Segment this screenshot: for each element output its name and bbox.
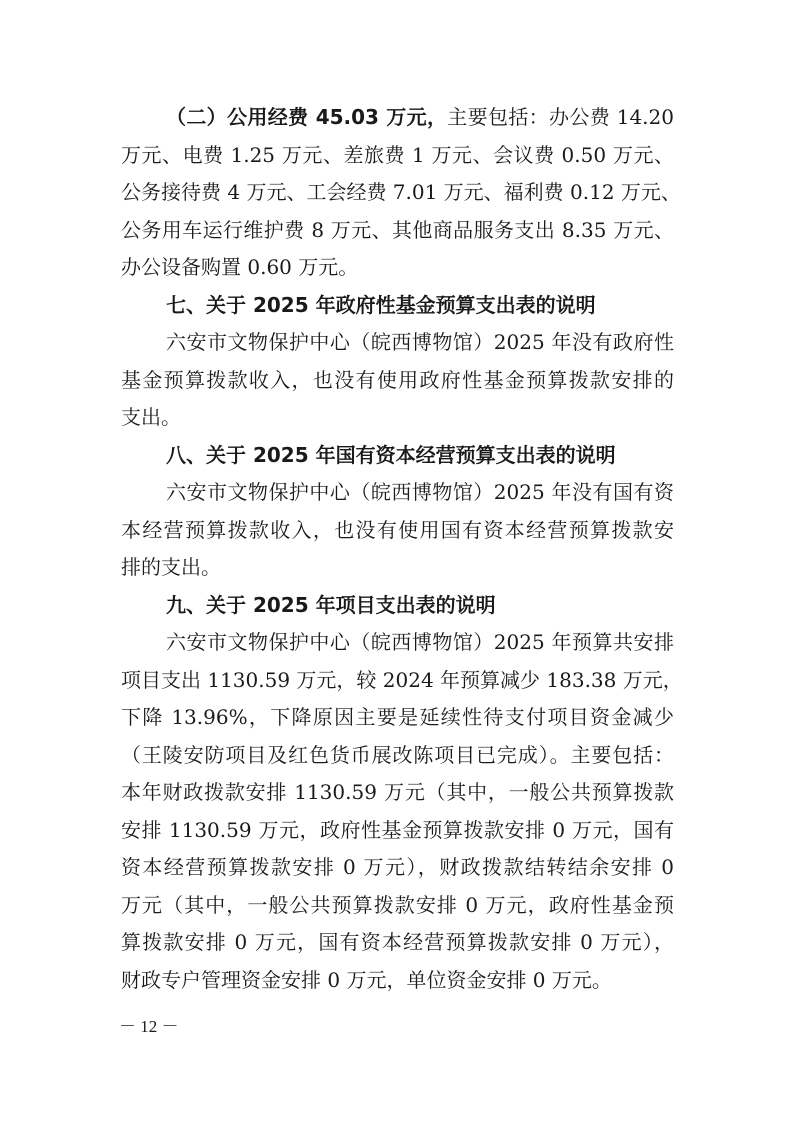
page-number: － 12 －: [119, 1015, 179, 1039]
section-8-heading: 八、关于 2025 年国有资本经营预算支出表的说明: [166, 440, 674, 470]
section-8-line-1: 六安市文物保护中心（皖西博物馆）2025 年没有国有资: [166, 477, 674, 507]
section-9-line-8: 万元（其中，一般公共预算拨款安排 0 万元，政府性基金预: [121, 890, 674, 920]
section-9-line-5: 本年财政拨款安排 1130.59 万元（其中，一般公共预算拨款: [121, 777, 674, 807]
section-9-line-1: 六安市文物保护中心（皖西博物馆）2025 年预算共安排: [166, 627, 674, 657]
public-funds-line-5: 办公设备购置 0.60 万元。: [121, 252, 674, 282]
section-9-line-3: 下降 13.96%，下降原因主要是延续性待支付项目资金减少: [121, 702, 674, 732]
section-9-line-9: 算拨款安排 0 万元，国有资本经营预算拨款安排 0 万元），: [121, 927, 674, 957]
section-9-line-7: 资本经营预算拨款安排 0 万元），财政拨款结转结余安排 0: [121, 852, 674, 882]
public-funds-heading: （二）公用经费 45.03 万元，: [166, 105, 447, 129]
public-funds-line-1: （二）公用经费 45.03 万元，主要包括：办公费 14.20: [166, 102, 674, 132]
document-page: （二）公用经费 45.03 万元，主要包括：办公费 14.20 万元、电费 1.…: [0, 0, 793, 1122]
section-8-line-3: 排的支出。: [121, 552, 674, 582]
public-funds-line-3: 公务接待费 4 万元、工会经费 7.01 万元、福利费 0.12 万元、: [121, 177, 674, 207]
public-funds-line-2: 万元、电费 1.25 万元、差旅费 1 万元、会议费 0.50 万元、: [121, 140, 674, 170]
section-9-heading: 九、关于 2025 年项目支出表的说明: [166, 590, 674, 620]
section-9-line-6: 安排 1130.59 万元，政府性基金预算拨款安排 0 万元，国有: [121, 815, 674, 845]
section-7-line-2: 基金预算拨款收入，也没有使用政府性基金预算拨款安排的: [121, 365, 674, 395]
public-funds-text: 主要包括：办公费 14.20: [447, 105, 674, 129]
section-8-line-2: 本经营预算拨款收入，也没有使用国有资本经营预算拨款安: [121, 515, 674, 545]
section-9-line-4: （王陵安防项目及红色货币展改陈项目已完成）。主要包括：: [121, 740, 674, 770]
section-9-line-2: 项目支出 1130.59 万元，较 2024 年预算减少 183.38 万元，: [121, 665, 674, 695]
section-7-heading: 七、关于 2025 年政府性基金预算支出表的说明: [166, 290, 674, 320]
public-funds-line-4: 公务用车运行维护费 8 万元、其他商品服务支出 8.35 万元、: [121, 215, 674, 245]
section-7-line-3: 支出。: [121, 402, 674, 432]
section-7-line-1: 六安市文物保护中心（皖西博物馆）2025 年没有政府性: [166, 327, 674, 357]
section-9-line-10: 财政专户管理资金安排 0 万元，单位资金安排 0 万元。: [121, 965, 674, 995]
